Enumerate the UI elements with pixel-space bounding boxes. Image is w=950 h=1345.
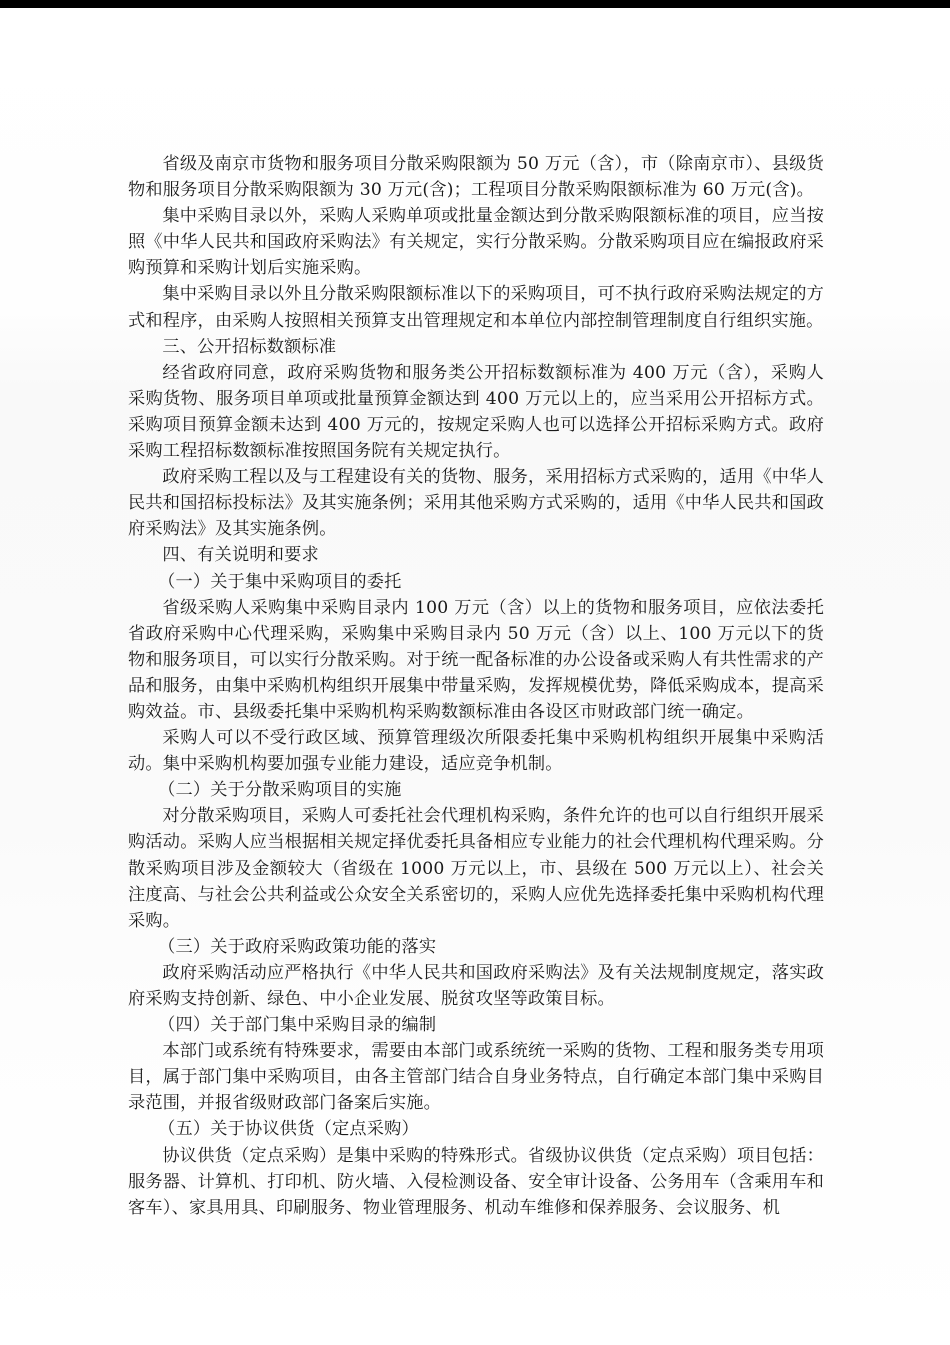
paragraph-centralized-delegation: 省级采购人采购集中采购目录内 100 万元（含）以上的货物和服务项目，应依法委托… [128, 595, 824, 725]
paragraph-public-tender-threshold: 经省政府同意，政府采购货物和服务类公开招标数额标准为 400 万元（含），采购人… [128, 360, 824, 464]
paragraph-outside-catalog-above-limit: 集中采购目录以外，采购人采购单项或批量金额达到分散采购限额标准的项目，应当按照《… [128, 203, 824, 281]
paragraph-department-catalog: 本部门或系统有特殊要求，需要由本部门或系统统一采购的货物、工程和服务类专用项目，… [128, 1038, 824, 1116]
paragraph-decentralized-implementation: 对分散采购项目，采购人可委托社会代理机构采购，条件允许的也可以自行组织开展采购活… [128, 803, 824, 933]
subsection-heading-4: （四）关于部门集中采购目录的编制 [128, 1012, 824, 1038]
subsection-heading-3: （三）关于政府采购政策功能的落实 [128, 934, 824, 960]
paragraph-cross-region-delegation: 采购人可以不受行政区域、预算管理级次所限委托集中采购机构组织开展集中采购活动。集… [128, 725, 824, 777]
subsection-heading-1: （一）关于集中采购项目的委托 [128, 569, 824, 595]
top-black-bar [0, 0, 950, 8]
section-heading-4: 四、有关说明和要求 [128, 542, 824, 568]
paragraph-outside-catalog-below-limit: 集中采购目录以外且分散采购限额标准以下的采购项目，可不执行政府采购法规定的方式和… [128, 281, 824, 333]
subsection-heading-5: （五）关于协议供货（定点采购） [128, 1116, 824, 1142]
paragraph-policy-functions: 政府采购活动应严格执行《中华人民共和国政府采购法》及有关法规制度规定，落实政府采… [128, 960, 824, 1012]
document-body: 省级及南京市货物和服务项目分散采购限额为 50 万元（含），市（除南京市）、县级… [128, 151, 824, 1221]
section-heading-3: 三、公开招标数额标准 [128, 334, 824, 360]
paragraph-agreement-supply: 协议供货（定点采购）是集中采购的特殊形式。省级协议供货（定点采购）项目包括：服务… [128, 1143, 824, 1221]
paragraph-decentralized-procurement-limits: 省级及南京市货物和服务项目分散采购限额为 50 万元（含），市（除南京市）、县级… [128, 151, 824, 203]
subsection-heading-2: （二）关于分散采购项目的实施 [128, 777, 824, 803]
paragraph-engineering-tender-law: 政府采购工程以及与工程建设有关的货物、服务，采用招标方式采购的，适用《中华人民共… [128, 464, 824, 542]
